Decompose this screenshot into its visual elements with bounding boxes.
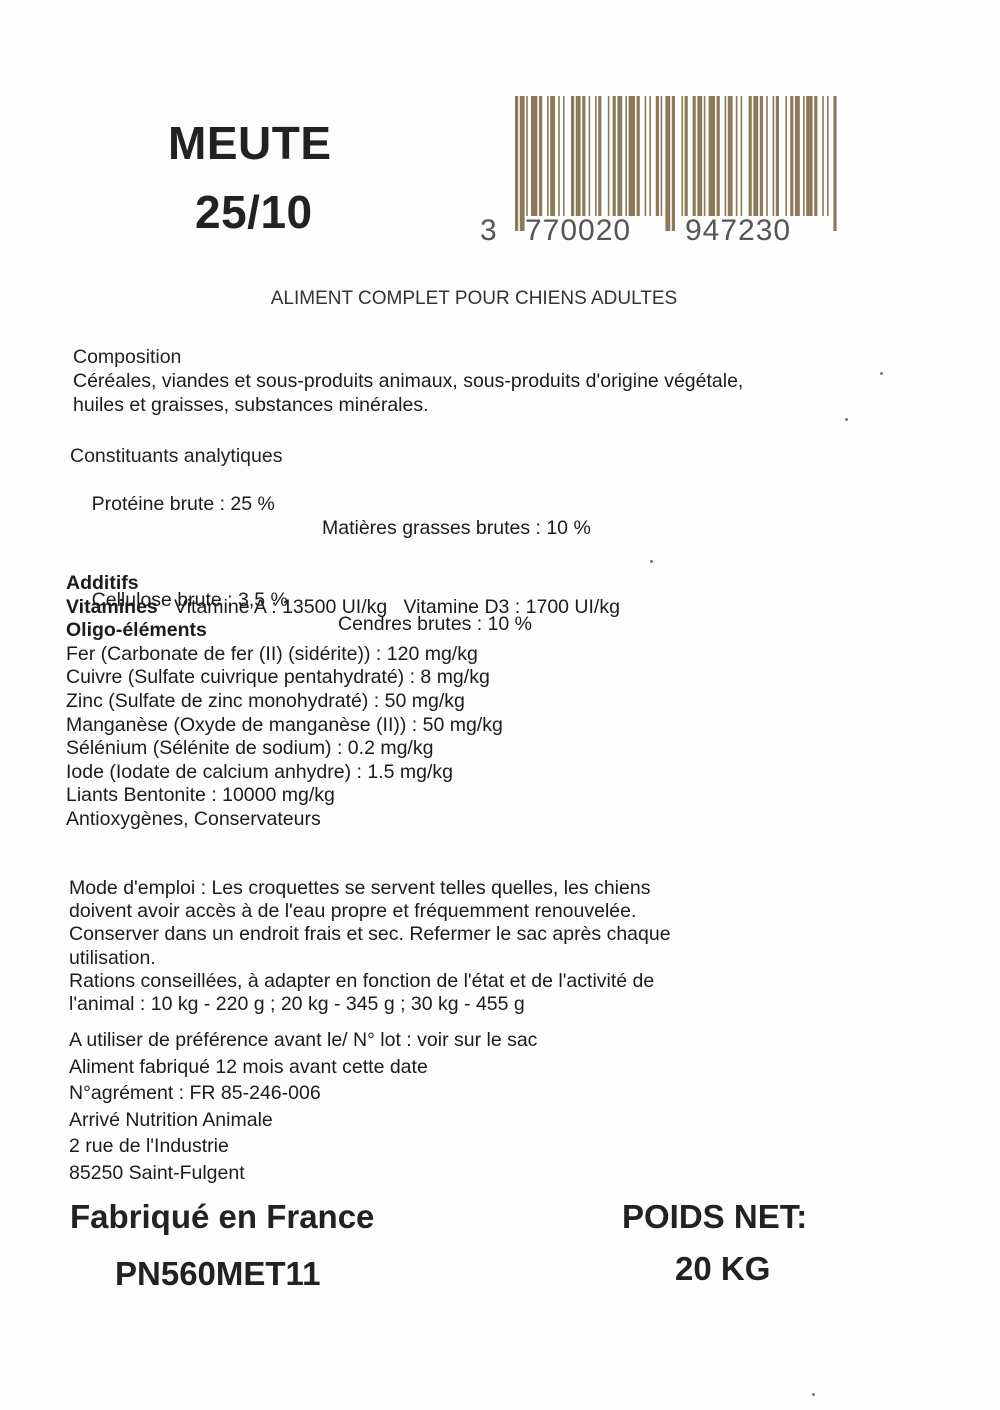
barcode: 3 770020 947230 [480, 96, 840, 256]
info-line: 85250 Saint-Fulgent [69, 1160, 537, 1187]
oligo-item: Antioxygènes, Conservateurs [66, 808, 620, 832]
protein-value: Protéine brute : 25 % [92, 493, 275, 515]
protein-fat-ratio: 25/10 [195, 185, 313, 239]
mode-emploi-section: Mode d'emploi : Les croquettes se serven… [69, 877, 789, 1016]
barcode-group-right: 947230 [685, 214, 791, 248]
info-line: N°agrément : FR 85-246-006 [69, 1080, 537, 1107]
oligo-item: Cuivre (Sulfate cuivrique pentahydraté) … [66, 666, 620, 690]
vitamins-row: Vitamines Vitamine A : 13500 UI/kg Vitam… [66, 596, 620, 620]
info-line: Arrivé Nutrition Animale [69, 1107, 537, 1134]
mode-line: l'animal : 10 kg - 220 g ; 20 kg - 345 g… [69, 993, 789, 1016]
net-weight-label: POIDS NET: [622, 1198, 807, 1236]
product-code: PN560MET11 [115, 1255, 320, 1293]
oligo-item: Iode (Iodate de calcium anhydre) : 1.5 m… [66, 761, 620, 785]
oligo-item: Manganèse (Oxyde de manganèse (II)) : 50… [66, 714, 620, 738]
mode-line: Conserver dans un endroit frais et sec. … [69, 923, 789, 946]
paper-speck [845, 418, 848, 421]
net-weight-value: 20 KG [675, 1250, 770, 1288]
manufacturer-info: A utiliser de préférence avant le/ N° lo… [69, 1027, 537, 1186]
vitamins-label: Vitamines [66, 596, 158, 618]
composition-heading: Composition [73, 345, 743, 369]
mode-line: Rations conseillées, à adapter en foncti… [69, 970, 789, 993]
oligo-item: Fer (Carbonate de fer (II) (sidérite)) :… [66, 643, 620, 667]
constituants-row: Protéine brute : 25 % Matières grasses b… [70, 468, 288, 564]
info-line: A utiliser de préférence avant le/ N° lo… [69, 1027, 537, 1054]
paper-speck [812, 1393, 815, 1396]
oligo-item: Liants Bentonite : 10000 mg/kg [66, 784, 620, 808]
paper-speck [880, 372, 883, 375]
oligo-item: Zinc (Sulfate de zinc monohydraté) : 50 … [66, 690, 620, 714]
mode-line: utilisation. [69, 947, 789, 970]
composition-line: huiles et graisses, substances minérales… [73, 393, 743, 417]
vitamin-d3: Vitamine D3 : 1700 UI/kg [404, 596, 620, 618]
barcode-digit-first: 3 [480, 214, 498, 248]
additifs-heading: Additifs [66, 572, 620, 596]
brand-name: MEUTE [168, 116, 332, 170]
made-in-label: Fabriqué en France [70, 1198, 374, 1236]
info-line: 2 rue de l'Industrie [69, 1133, 537, 1160]
composition-section: Composition Céréales, viandes et sous-pr… [73, 345, 743, 417]
mode-line: Mode d'emploi : Les croquettes se serven… [69, 877, 789, 900]
fat-value: Matières grasses brutes : 10 % [322, 516, 591, 540]
paper-speck [650, 560, 653, 563]
info-line: Aliment fabriqué 12 mois avant cette dat… [69, 1054, 537, 1081]
product-subtitle: ALIMENT COMPLET POUR CHIENS ADULTES [0, 288, 948, 310]
oligo-item: Sélénium (Sélénite de sodium) : 0.2 mg/k… [66, 737, 620, 761]
composition-line: Céréales, viandes et sous-produits anima… [73, 369, 743, 393]
constituants-heading: Constituants analytiques [70, 444, 288, 468]
additifs-section: Additifs Vitamines Vitamine A : 13500 UI… [66, 572, 620, 832]
oligo-heading: Oligo-éléments [66, 619, 620, 643]
barcode-group-left: 770020 [525, 214, 631, 248]
vitamin-a: Vitamine A : 13500 UI/kg [174, 596, 387, 618]
mode-line: doivent avoir accès à de l'eau propre et… [69, 900, 789, 923]
